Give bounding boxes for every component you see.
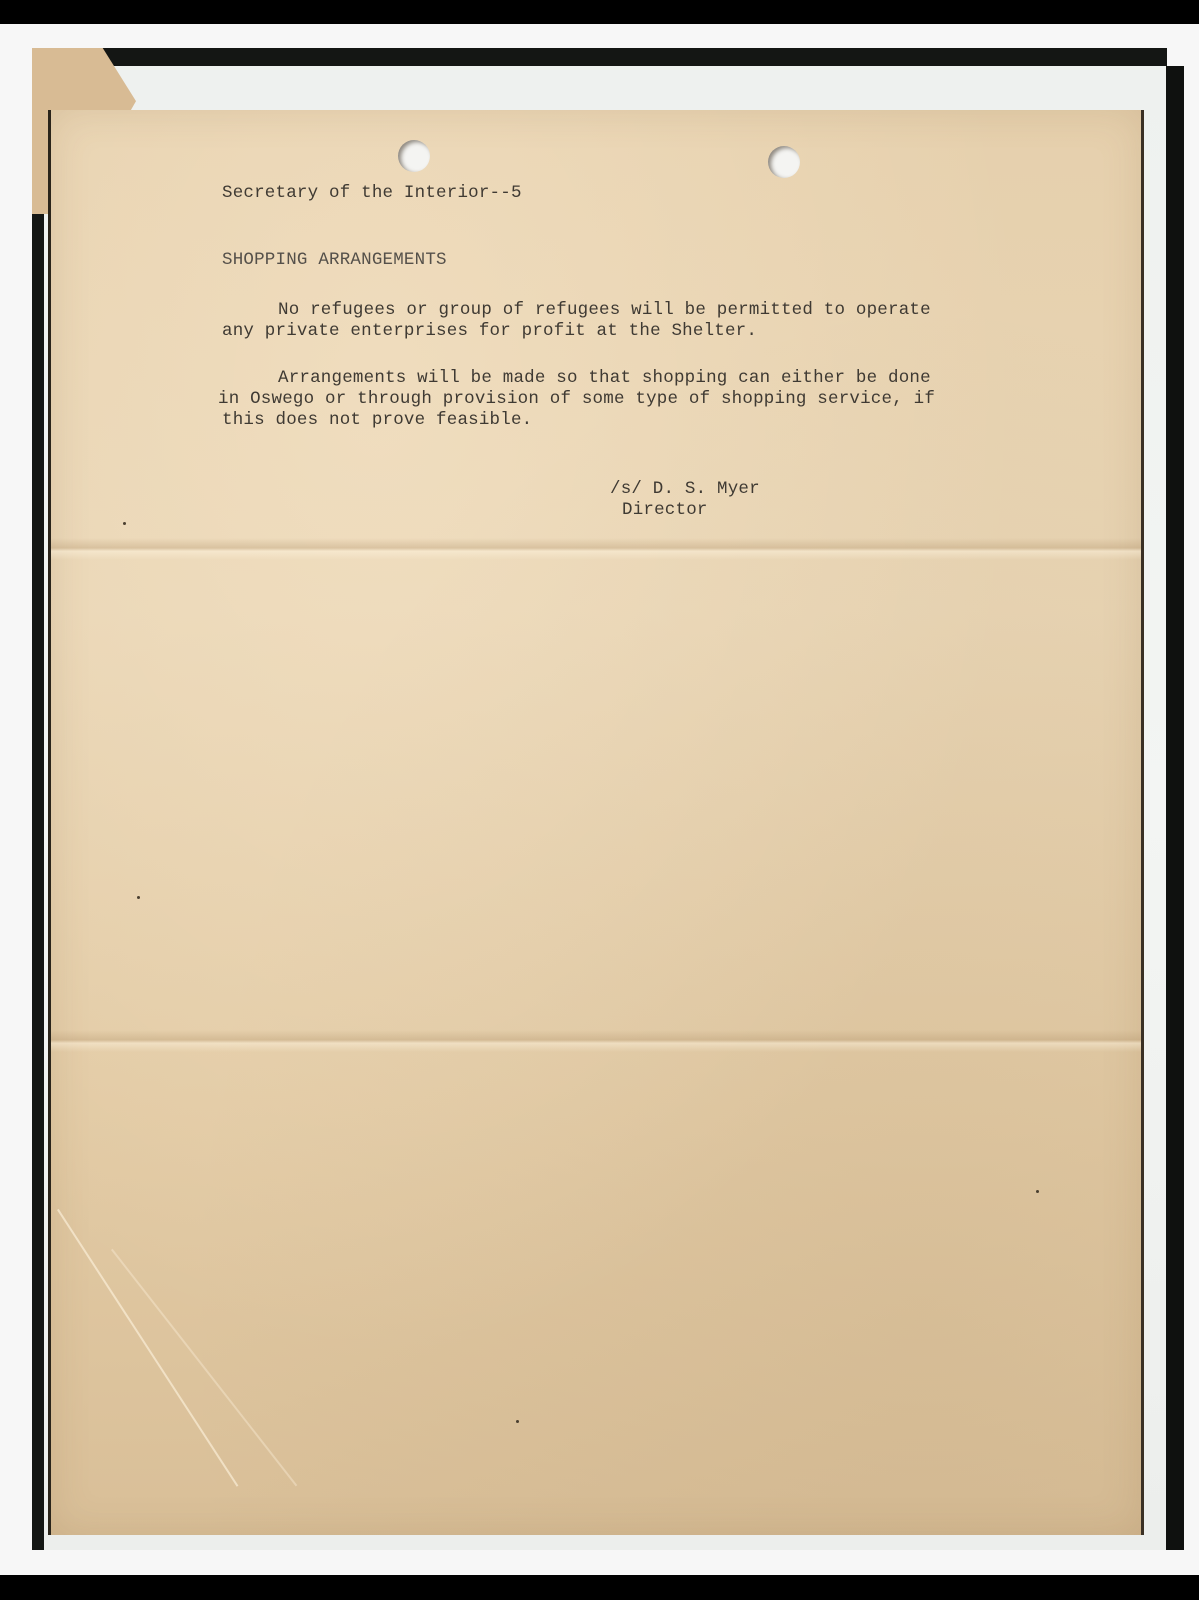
scan-bottom-bar xyxy=(0,1575,1199,1600)
diagonal-crease xyxy=(57,1209,238,1487)
paragraph-2-line-1: Arrangements will be made so that shoppi… xyxy=(278,368,931,389)
paragraph-2-line-2: in Oswego or through provision of some t… xyxy=(218,389,935,410)
paper-speck xyxy=(516,1420,519,1423)
paper-speck xyxy=(1036,1190,1039,1193)
page-header: Secretary of the Interior--5 xyxy=(222,183,522,204)
paper-speck xyxy=(137,896,140,899)
section-heading: SHOPPING ARRANGEMENTS xyxy=(222,250,447,271)
signature-title: Director xyxy=(622,500,708,521)
punch-hole xyxy=(398,140,430,172)
punch-hole xyxy=(768,146,800,178)
signature-line: /s/ D. S. Myer xyxy=(610,479,760,500)
fold-crease-lower xyxy=(51,1030,1141,1052)
paragraph-1-line-2: any private enterprises for profit at th… xyxy=(222,321,757,342)
paragraph-1-line-1: No refugees or group of refugees will be… xyxy=(278,300,931,321)
diagonal-crease xyxy=(111,1249,297,1487)
paragraph-2-line-3: this does not prove feasible. xyxy=(222,410,532,431)
scan-top-bar xyxy=(0,0,1199,24)
fold-crease-upper xyxy=(51,538,1141,560)
paper-speck xyxy=(123,522,126,525)
